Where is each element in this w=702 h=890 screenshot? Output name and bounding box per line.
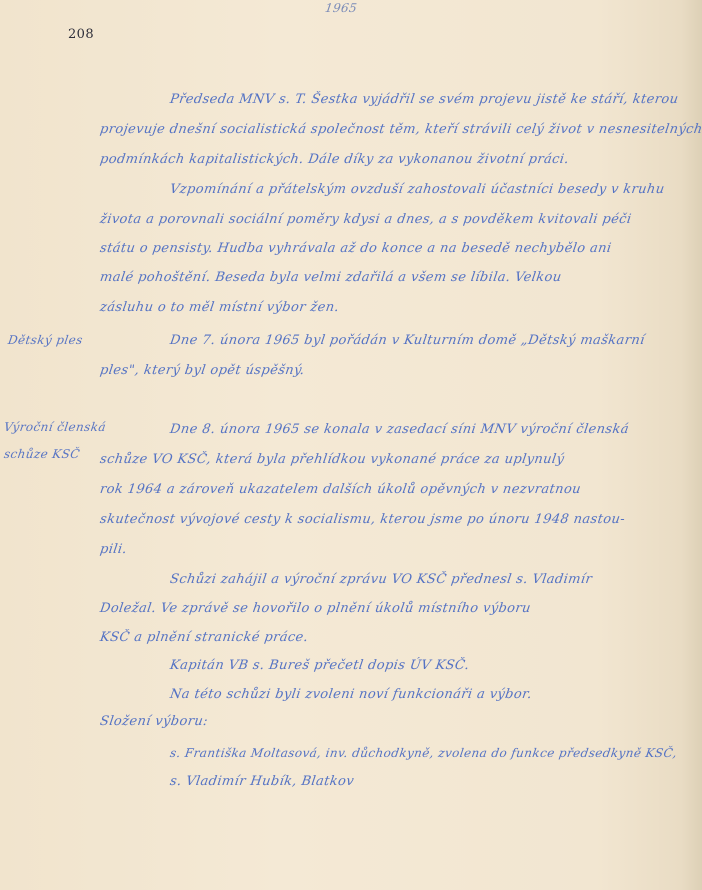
page-year: 1965 bbox=[324, 1, 358, 15]
text-line: Dne 8. února 1965 se konala v zasedací s… bbox=[169, 422, 630, 437]
text-line: Kapitán VB s. Bureš přečetl dopis ÚV KSČ… bbox=[169, 658, 470, 673]
text-line: projevuje dnešní socialistická společnos… bbox=[99, 122, 702, 137]
text-line: státu o pensisty. Hudba vyhrávala až do … bbox=[99, 241, 613, 256]
text-line: schůze VO KSČ, která byla přehlídkou vyk… bbox=[99, 452, 565, 467]
text-line: Dne 7. února 1965 byl pořádán v Kulturní… bbox=[169, 333, 646, 348]
text-line: ples", který byl opět úspěšný. bbox=[99, 363, 306, 378]
text-line: pili. bbox=[99, 542, 128, 557]
text-line: skutečnost vývojové cesty k socialismu, … bbox=[99, 512, 626, 527]
margin-note: Dětský ples bbox=[7, 333, 84, 347]
text-line: KSČ a plnění stranické práce. bbox=[99, 630, 309, 645]
text-line: s. Františka Moltasová, inv. důchodkyně,… bbox=[169, 746, 678, 760]
text-line: rok 1964 a zároveň ukazatelem dalších úk… bbox=[99, 482, 582, 497]
text-line: malé pohoštění. Beseda byla velmi zdařil… bbox=[99, 270, 563, 285]
text-line: zásluhu o to měl místní výbor žen. bbox=[99, 300, 340, 315]
chronicle-page: 1965 208 Předseda MNV s. T. Šestka vyjád… bbox=[0, 0, 702, 890]
text-line: podmínkách kapitalistických. Dále díky z… bbox=[99, 152, 570, 167]
margin-note: schůze KSČ bbox=[3, 447, 81, 461]
text-line: Schůzi zahájil a výroční zprávu VO KSČ p… bbox=[169, 572, 593, 587]
text-line: s. Vladimír Hubík, Blatkov bbox=[169, 774, 355, 789]
text-line: života a porovnali sociální poměry kdysi… bbox=[99, 212, 633, 227]
text-line: Vzpomínání a přátelským ovzduší zahostov… bbox=[169, 182, 666, 197]
text-line: Na této schůzi byli zvoleni noví funkcio… bbox=[169, 687, 533, 702]
text-line: Doležal. Ve zprávě se hovořilo o plnění … bbox=[99, 601, 532, 616]
text-line: Složení výboru: bbox=[99, 714, 209, 729]
page-number: 208 bbox=[68, 27, 94, 42]
margin-note: Výroční členská bbox=[3, 420, 107, 434]
text-line: Předseda MNV s. T. Šestka vyjádřil se sv… bbox=[169, 92, 679, 107]
